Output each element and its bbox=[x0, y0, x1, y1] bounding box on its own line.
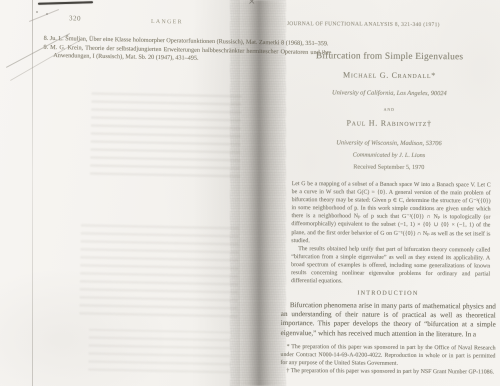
author-affiliation: University of Wisconsin, Madison, 53706 bbox=[279, 139, 499, 148]
running-head: LANGER bbox=[151, 19, 183, 26]
received-date-line: Received September 5, 1970 bbox=[279, 162, 499, 171]
abstract-paragraph: Let G be a mapping of a subset of a Bana… bbox=[291, 180, 490, 246]
author-affiliation: University of California, Los Angeles, 9… bbox=[279, 89, 499, 98]
page-number: 320 bbox=[69, 14, 81, 22]
scanned-book-spread: 320 LANGER 8. Ju. L. Šmuljan, Über eine … bbox=[0, 0, 500, 386]
communicated-by-line: Communicated by J. L. Lions bbox=[279, 151, 499, 160]
footnotes: * The preparation of this paper was spon… bbox=[280, 344, 495, 377]
bleed-through-text bbox=[88, 329, 231, 374]
speck-mark bbox=[46, 13, 48, 15]
abstract: Let G be a mapping of a subset of a Bana… bbox=[291, 180, 491, 287]
paper-title: Bifurcation from Simple Eigenvalues bbox=[280, 51, 500, 63]
author-name: Paul H. Rabinowitz† bbox=[279, 118, 499, 129]
right-page: JOURNAL OF FUNCTIONAL ANALYSIS 8, 321-34… bbox=[277, 0, 500, 386]
author-name: Michael G. Crandall* bbox=[279, 70, 499, 81]
bleed-through-text bbox=[90, 89, 242, 178]
bleed-through-text bbox=[79, 223, 239, 318]
footnote: † The preparation of this paper was spon… bbox=[280, 368, 495, 377]
and-connector: and bbox=[279, 106, 499, 114]
speck-mark bbox=[36, 11, 38, 13]
introduction-paragraph: Bifurcation phenomena arise in many part… bbox=[281, 301, 496, 339]
x-pen-mark: × bbox=[248, 0, 256, 7]
left-page-edge-line bbox=[32, 0, 33, 386]
footnote: * The preparation of this paper was spon… bbox=[280, 344, 495, 369]
journal-citation-line: JOURNAL OF FUNCTIONAL ANALYSIS 8, 321-34… bbox=[287, 21, 440, 28]
section-heading: INTRODUCTION bbox=[278, 289, 498, 298]
abstract-paragraph: The results obtained help unify that par… bbox=[291, 245, 490, 287]
left-page: 320 LANGER 8. Ju. L. Šmuljan, Über eine … bbox=[26, 0, 305, 386]
